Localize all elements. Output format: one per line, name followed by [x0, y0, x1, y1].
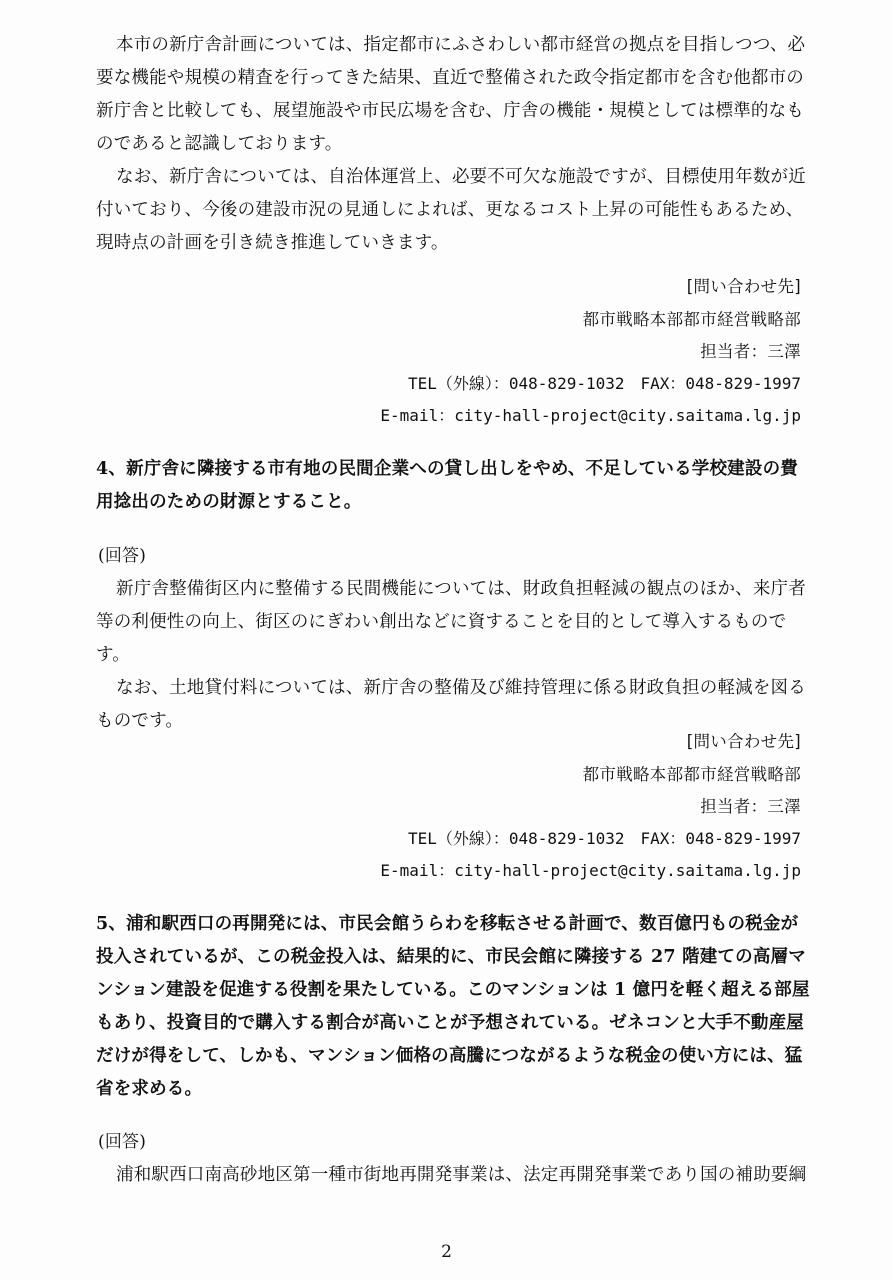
answer-3-p1-line-1: 本市の新庁舎計画については、指定都市にふさわしい都市経営の拠点を目指しつつ、必 — [116, 34, 805, 56]
answer-5-label: (回答) — [98, 1131, 146, 1153]
question-5-line-6: 省を求める。 — [96, 1078, 202, 1100]
answer-4-label: (回答) — [98, 545, 146, 567]
answer-4-p1-line-2: 等の利便性の向上、街区のにぎわい創出などに資することを目的として導入するもので — [96, 611, 786, 633]
contact-email[interactable]: E-mail：city-hall-project@city.saitama.lg… — [380, 405, 801, 427]
answer-4-p2-line-1: なお、土地貸付料については、新庁舎の整備及び維持管理に係る財政負担の軽減を図る — [116, 677, 806, 699]
contact-department: 都市戦略本部都市経営戦略部 — [583, 309, 801, 331]
contact-person: 担当者：三澤 — [700, 796, 801, 818]
question-5-line-5: だけが得をして、しかも、マンション価格の高騰につながるような税金の使い方には、猛 — [96, 1045, 803, 1067]
answer-5-line-1: 浦和駅西口南高砂地区第一種市街地再開発事業は、法定再開発事業であり国の補助要綱 — [116, 1164, 806, 1186]
question-5-line-4: もあり、投資目的で購入する割合が高いことが予想されている。ゼネコンと大手不動産屋 — [96, 1012, 804, 1034]
answer-3-p2-line-2: 付いており、今後の建設市況の見通しによれば、更なるコスト上昇の可能性もあるため、 — [96, 199, 803, 221]
question-5-line-2: 投入されているが、この税金投入は、結果的に、市民会館に隣接する 27 階建ての高… — [96, 946, 806, 968]
page-number: 2 — [0, 1242, 893, 1262]
question-5-line-1: 5、浦和駅西口の再開発には、市民会館うらわを移転させる計画で、数百億円もの税金が — [96, 913, 798, 935]
answer-3-p1-line-3: 新庁舎と比較しても、展望施設や市民広場を含む、庁舎の機能・規模としては標準的なも — [96, 100, 804, 122]
contact-heading: [問い合わせ先] — [687, 276, 801, 298]
answer-3-p2-line-3: 現時点の計画を引き続き推進していきます。 — [96, 232, 449, 254]
answer-4-p1-line-3: す。 — [96, 644, 130, 666]
contact-phone-fax: TEL（外線）：048-829-1032 FAX：048-829-1997 — [408, 373, 801, 395]
question-5-line-3: ンション建設を促進する役割を果たしている。このマンションは 1 億円を軽く超える… — [96, 979, 810, 1001]
contact-email[interactable]: E-mail：city-hall-project@city.saitama.lg… — [380, 860, 801, 882]
question-4-line-2: 用捻出のための財源とすること。 — [96, 491, 362, 513]
answer-3-p2-line-1: なお、新庁舎については、自治体運営上、必要不可欠な施設ですが、目標使用年数が近 — [116, 166, 806, 188]
answer-3-p1-line-2: 要な機能や規模の精査を行ってきた結果、直近で整備された政令指定都市を含む他都市の — [96, 67, 804, 89]
answer-3-p1-line-4: のであると認識しております。 — [96, 133, 342, 155]
answer-4-p1-line-1: 新庁舎整備街区内に整備する民間機能については、財政負担軽減の観点のほか、来庁者 — [116, 578, 806, 600]
answer-4-p2-line-2: ものです。 — [96, 710, 183, 732]
contact-heading: [問い合わせ先] — [687, 731, 801, 753]
contact-person: 担当者：三澤 — [700, 341, 801, 363]
document-page: 本市の新庁舎計画については、指定都市にふさわしい都市経営の拠点を目指しつつ、必 … — [0, 0, 893, 1280]
contact-phone-fax: TEL（外線）：048-829-1032 FAX：048-829-1997 — [408, 828, 801, 850]
question-4-line-1: 4、新庁舎に隣接する市有地の民間企業への貸し出しをやめ、不足している学校建設の費 — [96, 458, 798, 480]
contact-department: 都市戦略本部都市経営戦略部 — [583, 764, 801, 786]
